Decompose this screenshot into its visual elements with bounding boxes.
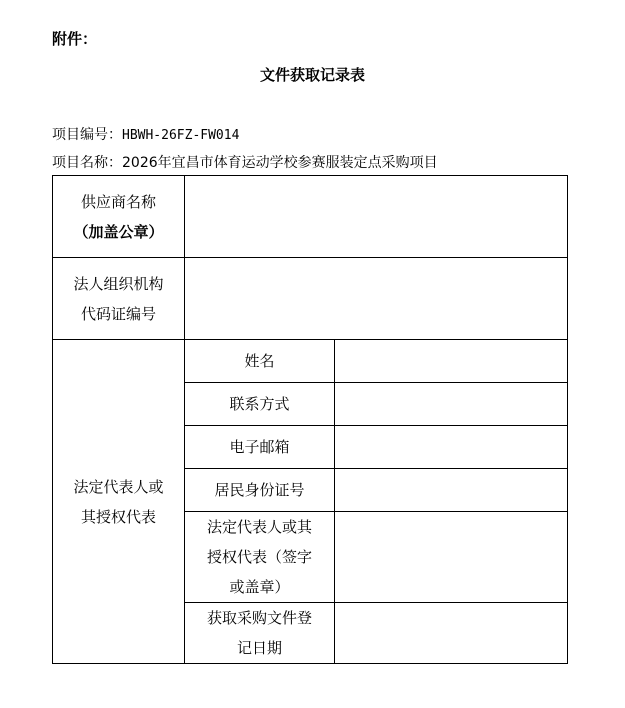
project-number-label: 项目编号： — [52, 127, 122, 143]
signature-value-cell[interactable] — [335, 512, 568, 603]
record-table: 供应商名称 （加盖公章） 法人组织机构 代码证编号 法定代表人或 其授权代表 姓… — [52, 175, 568, 664]
page-title: 文件获取记录表 — [0, 64, 625, 85]
org-code-label: 法人组织机构 代码证编号 — [53, 258, 185, 340]
project-name-label: 项目名称： — [52, 155, 122, 171]
supplier-value-cell[interactable] — [185, 176, 568, 258]
supplier-label: 供应商名称 （加盖公章） — [53, 176, 185, 258]
project-number: 项目编号：HBWH-26FZ-FW014 — [52, 124, 239, 144]
rep-email-value-cell[interactable] — [335, 426, 568, 469]
table-row-org-code: 法人组织机构 代码证编号 — [53, 258, 568, 340]
rep-id-label: 居民身份证号 — [185, 469, 335, 512]
project-name: 项目名称：2026年宜昌市体育运动学校参赛服装定点采购项目 — [52, 152, 438, 172]
signature-label: 法定代表人或其 授权代表（签字 或盖章） — [185, 512, 335, 603]
table-row-supplier: 供应商名称 （加盖公章） — [53, 176, 568, 258]
attachment-label: 附件： — [52, 28, 97, 49]
rep-email-label: 电子邮箱 — [185, 426, 335, 469]
project-name-value: 2026年宜昌市体育运动学校参赛服装定点采购项目 — [122, 155, 438, 171]
project-number-value: HBWH-26FZ-FW014 — [122, 128, 239, 143]
rep-name-label: 姓名 — [185, 340, 335, 383]
date-label: 获取采购文件登 记日期 — [185, 603, 335, 664]
rep-id-value-cell[interactable] — [335, 469, 568, 512]
table-row-rep-name: 法定代表人或 其授权代表 姓名 — [53, 340, 568, 383]
org-code-value-cell[interactable] — [185, 258, 568, 340]
date-value-cell[interactable] — [335, 603, 568, 664]
rep-label: 法定代表人或 其授权代表 — [53, 340, 185, 664]
rep-contact-label: 联系方式 — [185, 383, 335, 426]
rep-contact-value-cell[interactable] — [335, 383, 568, 426]
rep-name-value-cell[interactable] — [335, 340, 568, 383]
